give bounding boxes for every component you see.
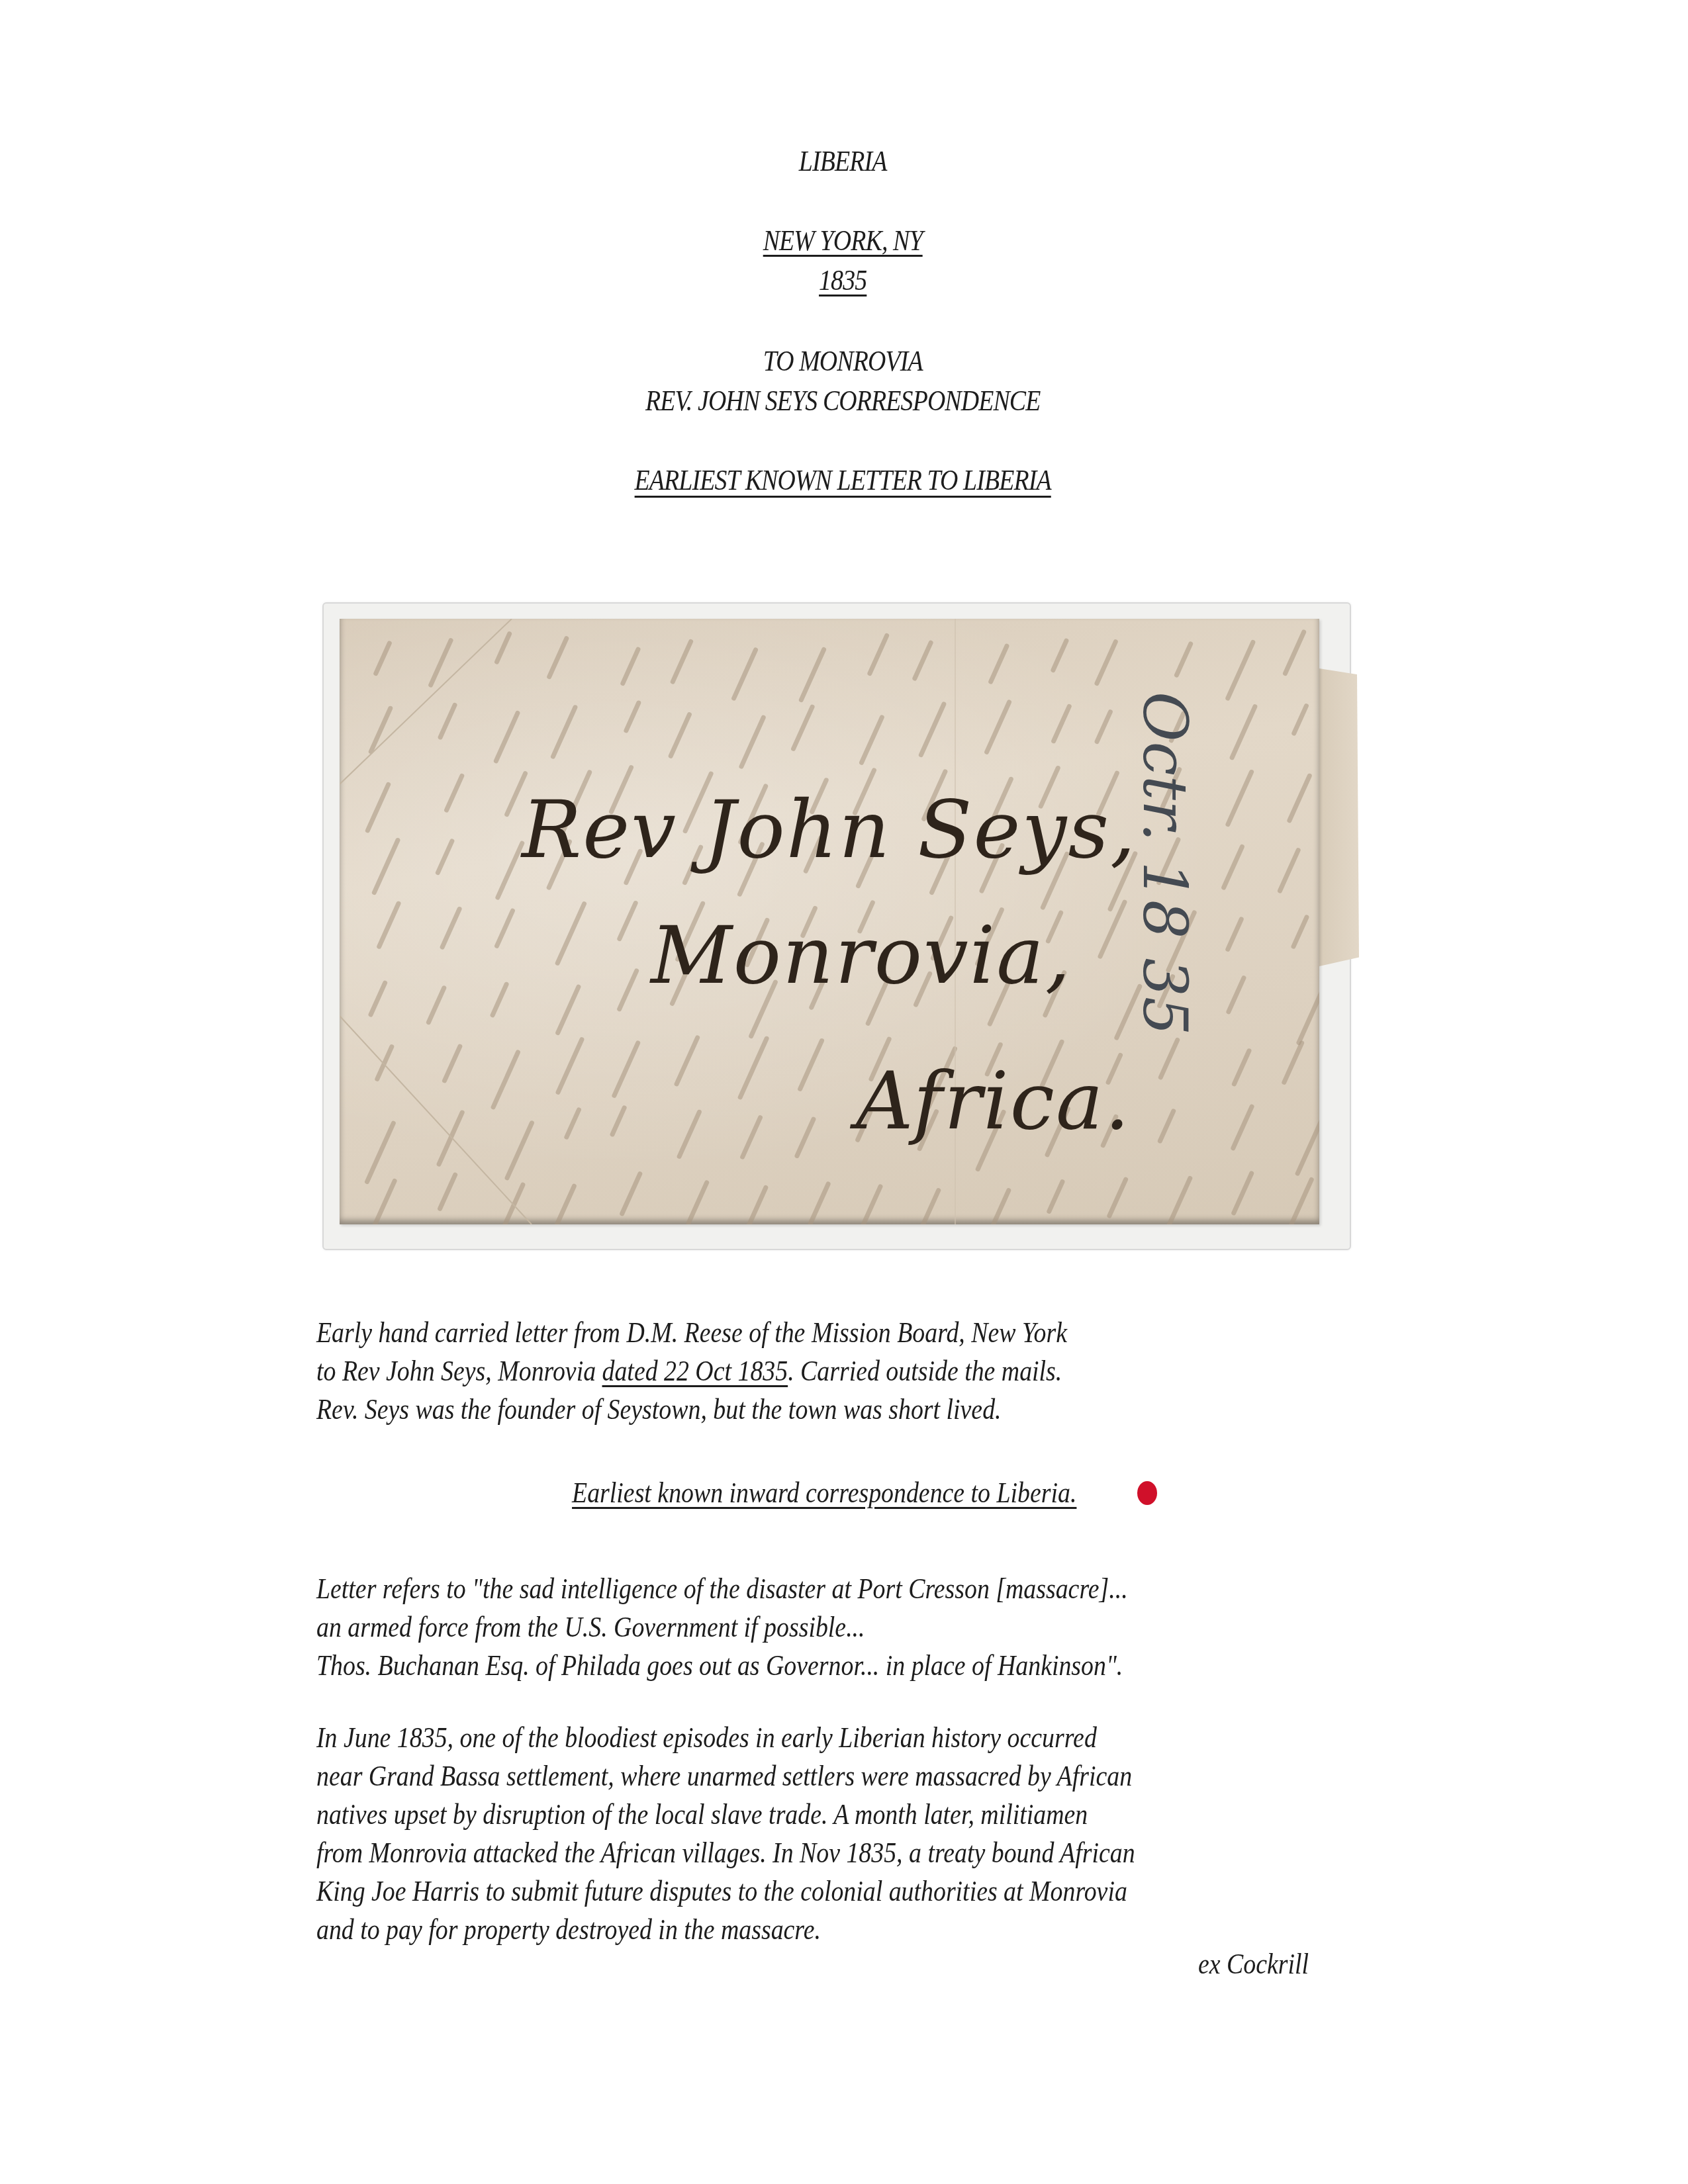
exhibit-page: LIBERIA NEW YORK, NY 1835 TO MONROVIA RE… xyxy=(0,0,1688,2184)
header-year: 1835 xyxy=(117,263,1569,297)
quote-line: Thos. Buchanan Esq. of Philada goes out … xyxy=(316,1647,1341,1685)
history-line: from Monrovia attacked the African villa… xyxy=(316,1834,1341,1872)
description-line: Early hand carried letter from D.M. Rees… xyxy=(316,1314,1341,1352)
quote-paragraph: Letter refers to "the sad intelligence o… xyxy=(316,1570,1341,1685)
header-origin-text: NEW YORK, NY xyxy=(763,224,923,257)
address-line-city: Monrovia, xyxy=(651,910,1072,1002)
address-line-name: Rev John Seys, xyxy=(522,784,1137,876)
letter-date: dated 22 Oct 1835 xyxy=(602,1355,788,1387)
header-correspondence: REV. JOHN SEYS CORRESPONDENCE xyxy=(117,384,1569,418)
history-line: natives upset by disruption of the local… xyxy=(316,1796,1341,1834)
description-line: to Rev John Seys, Monrovia dated 22 Oct … xyxy=(316,1352,1341,1390)
header-destination: TO MONROVIA xyxy=(117,344,1569,378)
history-line: King Joe Harris to submit future dispute… xyxy=(316,1872,1341,1911)
history-paragraph: In June 1835, one of the bloodiest episo… xyxy=(316,1719,1341,1949)
header-headline-text: EARLIEST KNOWN LETTER TO LIBERIA xyxy=(635,464,1051,496)
address-line-country: Africa. xyxy=(856,1056,1131,1148)
description-text: to Rev John Seys, Monrovia xyxy=(316,1355,602,1387)
header-year-text: 1835 xyxy=(819,264,867,296)
description-text: . Carried outside the mails. xyxy=(788,1355,1062,1387)
highlight-line: Earliest known inward correspondence to … xyxy=(0,1476,1688,1510)
header-country: LIBERIA xyxy=(117,144,1569,178)
letter-side-flap xyxy=(1319,668,1359,966)
description-paragraph: Early hand carried letter from D.M. Rees… xyxy=(316,1314,1341,1429)
history-line: and to pay for property destroyed in the… xyxy=(316,1911,1341,1949)
letter-cover-image: Rev John Seys, Monrovia, Africa. Octr. 1… xyxy=(340,619,1319,1224)
highlight-text: Earliest known inward correspondence to … xyxy=(572,1477,1076,1509)
red-dot-marker-icon xyxy=(1137,1481,1157,1505)
header-headline: EARLIEST KNOWN LETTER TO LIBERIA xyxy=(117,463,1569,497)
description-line: Rev. Seys was the founder of Seystown, b… xyxy=(316,1390,1341,1429)
docket-date-note: Octr. 18 35 xyxy=(1129,692,1200,1036)
provenance-note: ex Cockrill xyxy=(1198,1947,1309,1981)
header-origin: NEW YORK, NY xyxy=(117,224,1569,257)
history-line: In June 1835, one of the bloodiest episo… xyxy=(316,1719,1341,1757)
history-line: near Grand Bassa settlement, where unarm… xyxy=(316,1757,1341,1796)
quote-line: Letter refers to "the sad intelligence o… xyxy=(316,1570,1341,1608)
quote-line: an armed force from the U.S. Government … xyxy=(316,1608,1341,1647)
